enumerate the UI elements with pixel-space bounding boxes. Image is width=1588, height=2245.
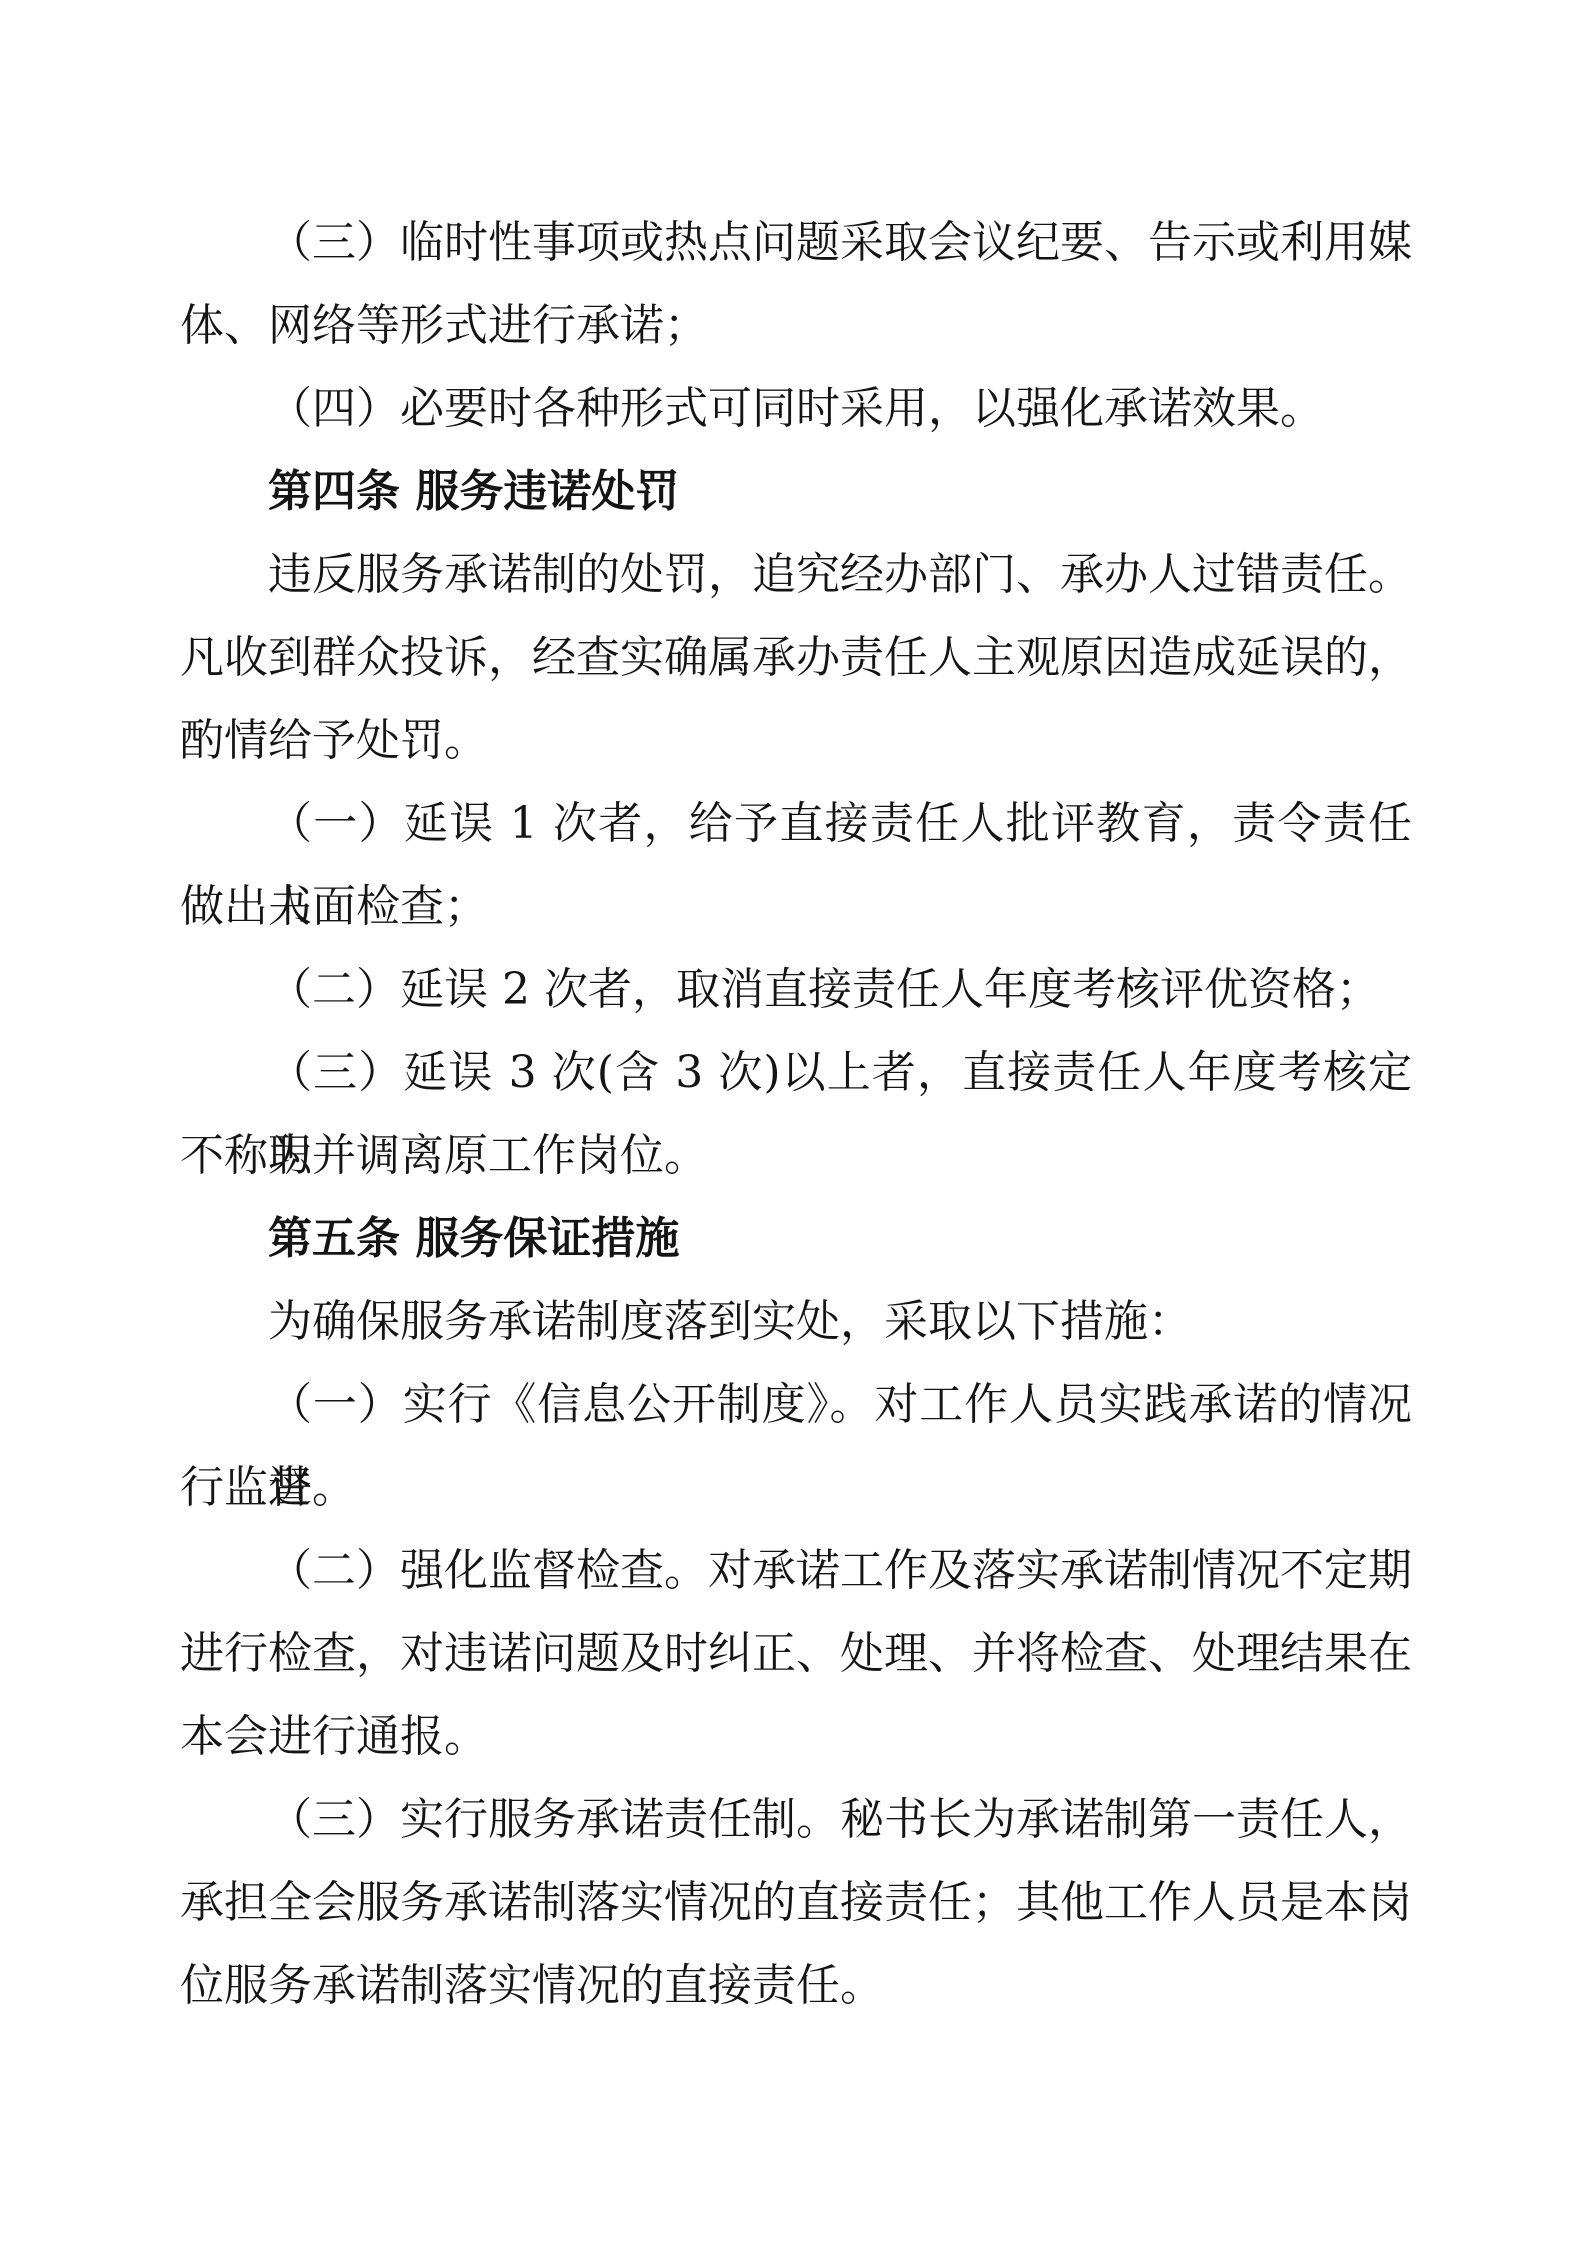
document-line: 行监督。	[180, 1446, 1412, 1529]
document-line: 做出书面检查；	[180, 865, 1412, 948]
document-line: 不称职并调离原工作岗位。	[180, 1114, 1412, 1197]
document-text-block: （三）临时性事项或热点问题采取会议纪要、告示或利用媒 体、网络等形式进行承诺； …	[180, 201, 1412, 2027]
document-line: 体、网络等形式进行承诺；	[180, 284, 1412, 367]
document-line: 凡收到群众投诉，经查实确属承办责任人主观原因造成延误的，	[180, 616, 1412, 699]
document-line: 本会进行通报。	[180, 1695, 1412, 1778]
document-line: （三）临时性事项或热点问题采取会议纪要、告示或利用媒	[180, 201, 1412, 284]
document-line: 承担全会服务承诺制落实情况的直接责任；其他工作人员是本岗	[180, 1861, 1412, 1944]
document-line: 进行检查，对违诺问题及时纠正、处理、并将检查、处理结果在	[180, 1612, 1412, 1695]
document-line: （二）强化监督检查。对承诺工作及落实承诺制情况不定期	[180, 1529, 1412, 1612]
document-line: （四）必要时各种形式可同时采用，以强化承诺效果。	[180, 367, 1412, 450]
section-heading-article-5: 第五条 服务保证措施	[180, 1197, 1412, 1280]
section-heading-article-4: 第四条 服务违诺处罚	[180, 450, 1412, 533]
document-page: （三）临时性事项或热点问题采取会议纪要、告示或利用媒 体、网络等形式进行承诺； …	[0, 0, 1588, 2245]
document-line: （三）延误 3 次(含 3 次)以上者，直接责任人年度考核定为	[180, 1031, 1412, 1114]
document-line: （二）延误 2 次者，取消直接责任人年度考核评优资格；	[180, 948, 1412, 1031]
document-line: （一）实行《信息公开制度》。对工作人员实践承诺的情况进	[180, 1363, 1412, 1446]
document-line: 违反服务承诺制的处罚，追究经办部门、承办人过错责任。	[180, 533, 1412, 616]
document-line: （一）延误 1 次者，给予直接责任人批评教育，责令责任人	[180, 782, 1412, 865]
document-line: （三）实行服务承诺责任制。秘书长为承诺制第一责任人，	[180, 1778, 1412, 1861]
document-line: 位服务承诺制落实情况的直接责任。	[180, 1944, 1412, 2027]
document-line: 为确保服务承诺制度落到实处，采取以下措施：	[180, 1280, 1412, 1363]
document-line: 酌情给予处罚。	[180, 699, 1412, 782]
